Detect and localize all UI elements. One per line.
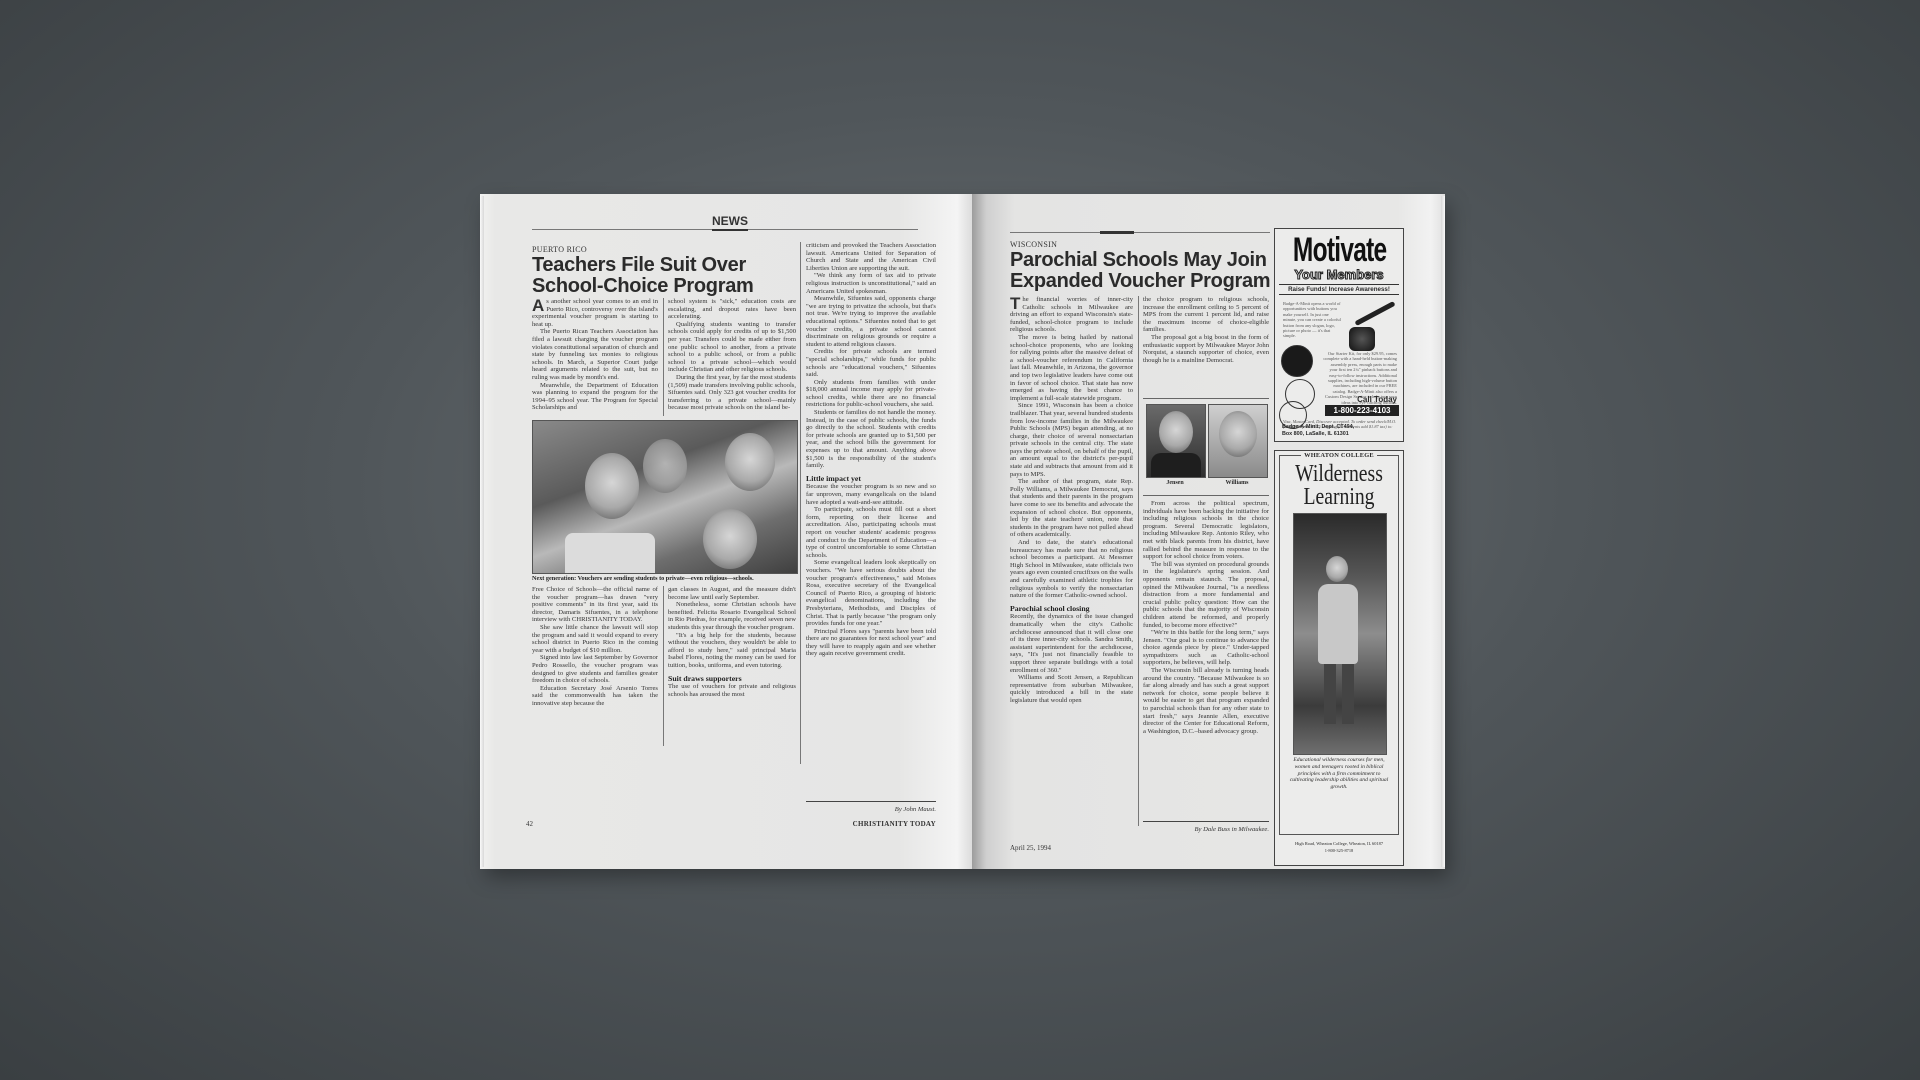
headline-parochial-schools: Parochial Schools May Join Expanded Vouc… [1010,250,1290,292]
headline-line-1: Parochial Schools May Join [1010,250,1290,271]
magazine-spread: NEWS PUERTO RICO Teachers File Suit Over… [480,194,1445,869]
article-col2-bottom: From across the political spectrum, indi… [1143,500,1269,735]
portrait-williams [1208,404,1268,478]
ad-phone[interactable]: 1-800-325-8718 [1279,848,1399,853]
paragraph: The Wisconsin bill already is turning he… [1143,667,1269,735]
ad-call-today: Call Today [1323,395,1397,404]
headline-teachers-file-suit: Teachers File Suit Over School-Choice Pr… [532,255,812,297]
article-col2-top: school system is "sick," education costs… [668,298,796,412]
paragraph: The move is being hailed by national sch… [1010,334,1133,402]
paragraph: Williams and Scott Jensen, a Republican … [1010,674,1133,704]
hiker-leg [1324,664,1336,724]
end-rule [806,801,936,802]
ad-tagline: Raise Funds! Increase Awareness! [1279,284,1399,295]
paragraph: The proposal got a big boost in the form… [1143,334,1269,364]
subhead-suit-draws-supporters: Suit draws supporters [668,675,796,683]
byline-dale-buss: By Dale Buss in Milwaukee. [1143,826,1269,833]
paragraph: criticism and provoked the Teachers Asso… [806,242,936,272]
kicker-wisconsin: WISCONSIN [1010,240,1057,249]
column-rule [663,298,664,416]
ad-address-line-1: Badge-A-Minit, Dept. CT494, [1282,424,1400,431]
paragraph: Free Choice of Schools—the official name… [532,586,658,624]
right-page: WISCONSIN Parochial Schools May Join Exp… [972,194,1445,869]
kicker-puerto-rico: PUERTO RICO [532,245,587,254]
right-page-edge [1441,196,1445,867]
end-rule [1143,821,1269,822]
paragraph: s another school year comes to an end in… [532,298,658,328]
ad-title-motivate: Motivate [1293,233,1385,267]
paragraph: And to date, the state's educational bur… [1010,539,1133,600]
paragraph: "We're in this battle for the long term,… [1143,629,1269,667]
paragraph: the choice program to religious schools,… [1143,296,1269,334]
ad-body-intro: Badge-A-Minit opens a world of opportuni… [1283,301,1341,339]
article-col2-top: the choice program to religious schools,… [1143,296,1269,364]
section-rule-accent [1100,231,1134,234]
portrait-face [1159,411,1193,453]
paragraph: school system is "sick," education costs… [668,298,796,321]
ad-address-line-2: Box 800, LaSalle, IL 61301 [1282,431,1400,438]
paragraph: Credits for private schools are termed "… [806,348,936,378]
article-col1: The financial worries of inner-city Cath… [1010,296,1133,704]
students-photo [532,420,798,574]
ad-subtitle: Your Members [1275,267,1403,282]
paragraph: To participate, schools must fill out a … [806,506,936,559]
paragraph: Some evangelical leaders look skepticall… [806,559,936,627]
ad-wheaton-college[interactable]: WHEATON COLLEGE Wilderness Learning Educ… [1274,450,1404,866]
paragraph: "We think any form of tax aid to private… [806,272,936,295]
paragraph: "It's a big help for the students, becau… [668,632,796,670]
paragraph: The author of that program, state Rep. P… [1010,478,1133,539]
headline-line-2: School-Choice Program [532,276,812,297]
badge-jesus-loves-me-icon [1281,345,1313,377]
issue-date: April 25, 1994 [1010,844,1051,852]
paragraph: Students or families do not handle the m… [806,409,936,470]
paragraph: Education Secretary José Arsenio Torres … [532,685,658,708]
paragraph: Principal Flores says "parents have been… [806,628,936,658]
page-number: 42 [526,820,533,828]
ad-title-line-2: Learning [1290,486,1388,509]
subhead-parochial-school-closing: Parochial school closing [1010,605,1133,613]
hiker-leg [1342,664,1354,724]
photo-face [585,453,639,519]
portrait-face [1219,411,1257,457]
ad-badge-a-minit[interactable]: Motivate Your Members Raise Funds! Incre… [1274,228,1404,442]
paragraph: Signed into law last September by Govern… [532,654,658,684]
portrait-box: Jensen Williams [1143,398,1269,496]
article-col1-bottom: Free Choice of Schools—the official name… [532,586,658,708]
ad-phone-number[interactable]: 1-800-223-4103 [1325,405,1399,416]
column-rule [663,586,664,746]
headline-line-1: Teachers File Suit Over [532,255,812,276]
magazine-title-footer: CHRISTIANITY TODAY [810,820,936,828]
article-col3: criticism and provoked the Teachers Asso… [806,242,936,658]
paragraph: he financial worries of inner-city Catho… [1010,296,1133,333]
portrait-label-jensen: Jensen [1146,480,1204,486]
ad-header-text: WHEATON COLLEGE [1301,452,1377,459]
photo-face [643,439,687,493]
paragraph: Meanwhile, Sifuentes said, opponents cha… [806,295,936,348]
photo-face [703,509,757,569]
dropcap: A [532,299,544,313]
paragraph: Recently, the dynamics of the issue chan… [1010,613,1133,674]
section-rule [1010,232,1270,233]
paragraph: From across the political spectrum, indi… [1143,500,1269,561]
paragraph: She saw little chance the lawsuit will s… [532,624,658,654]
portrait-suit [1151,453,1201,477]
ad-address: High Road, Wheaton College, Wheaton, IL … [1279,841,1399,846]
paragraph: Only students from families with under $… [806,379,936,409]
article-col2-bottom: gan classes in August, and the measure d… [668,586,796,698]
column-rule [1138,296,1139,826]
portrait-label-williams: Williams [1208,480,1266,486]
hiker-photo [1293,513,1387,755]
ad-title-line-1: Wilderness [1290,463,1388,486]
photo-shirt [565,533,655,573]
subhead-little-impact-yet: Little impact yet [806,475,936,483]
article-col1-top: As another school year comes to an end i… [532,298,658,412]
paragraph: The Puerto Rican Teachers Association ha… [532,328,658,381]
hiker-face [1326,556,1348,582]
section-tag-news: NEWS [712,214,748,231]
left-page: NEWS PUERTO RICO Teachers File Suit Over… [480,194,972,869]
paragraph: Nonetheless, some Christian schools have… [668,601,796,631]
paragraph: The use of vouchers for private and reli… [668,683,796,698]
paragraph: During the first year, by far the most s… [668,374,796,412]
paragraph: Because the voucher program is so new an… [806,483,936,506]
ad-header: WHEATON COLLEGE [1279,452,1399,459]
paragraph: Qualifying students wanting to transfer … [668,321,796,374]
ad-body: Educational wilderness courses for men, … [1285,757,1393,791]
photo-face [725,433,775,491]
left-page-edge [480,196,484,867]
portrait-jensen [1146,404,1206,478]
photo-caption: Next generation: Vouchers are sending st… [532,575,802,582]
ad-title: Wilderness Learning [1279,463,1399,509]
paragraph: Meanwhile, the Department of Education w… [532,382,658,412]
paragraph: The bill was stymied on procedural groun… [1143,561,1269,629]
headline-line-2: Expanded Voucher Program [1010,271,1290,292]
byline-john-maust: By John Maust. [806,806,936,813]
column-rule [800,242,801,764]
dropcap: T [1010,297,1020,311]
button-press-icon [1343,305,1393,355]
hiker-body [1318,584,1358,664]
paragraph: Since 1991, Wisconsin has been a choice … [1010,402,1133,478]
paragraph: gan classes in August, and the measure d… [668,586,796,601]
ad-address: Badge-A-Minit, Dept. CT494, Box 800, LaS… [1282,424,1400,438]
